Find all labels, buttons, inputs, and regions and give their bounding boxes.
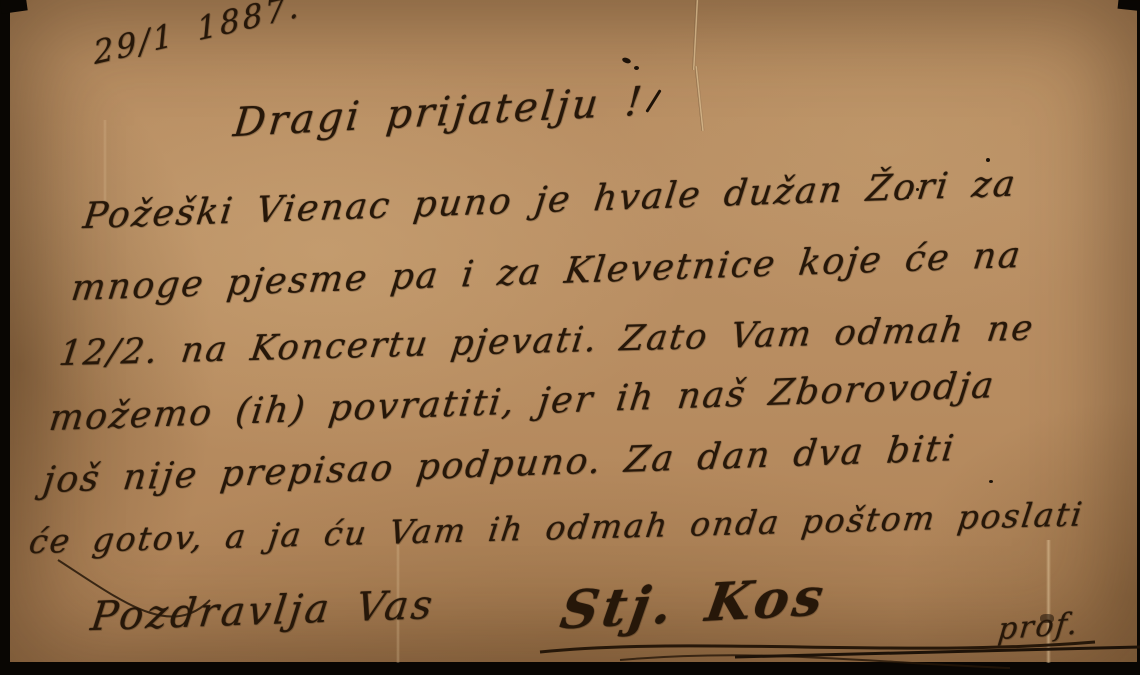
scanned-postcard: 29/1 1887. Dragi prijatelju ! Požeški Vi… (0, 0, 1140, 675)
pen-flourish (58, 560, 210, 617)
signature-flourish (0, 0, 1140, 675)
